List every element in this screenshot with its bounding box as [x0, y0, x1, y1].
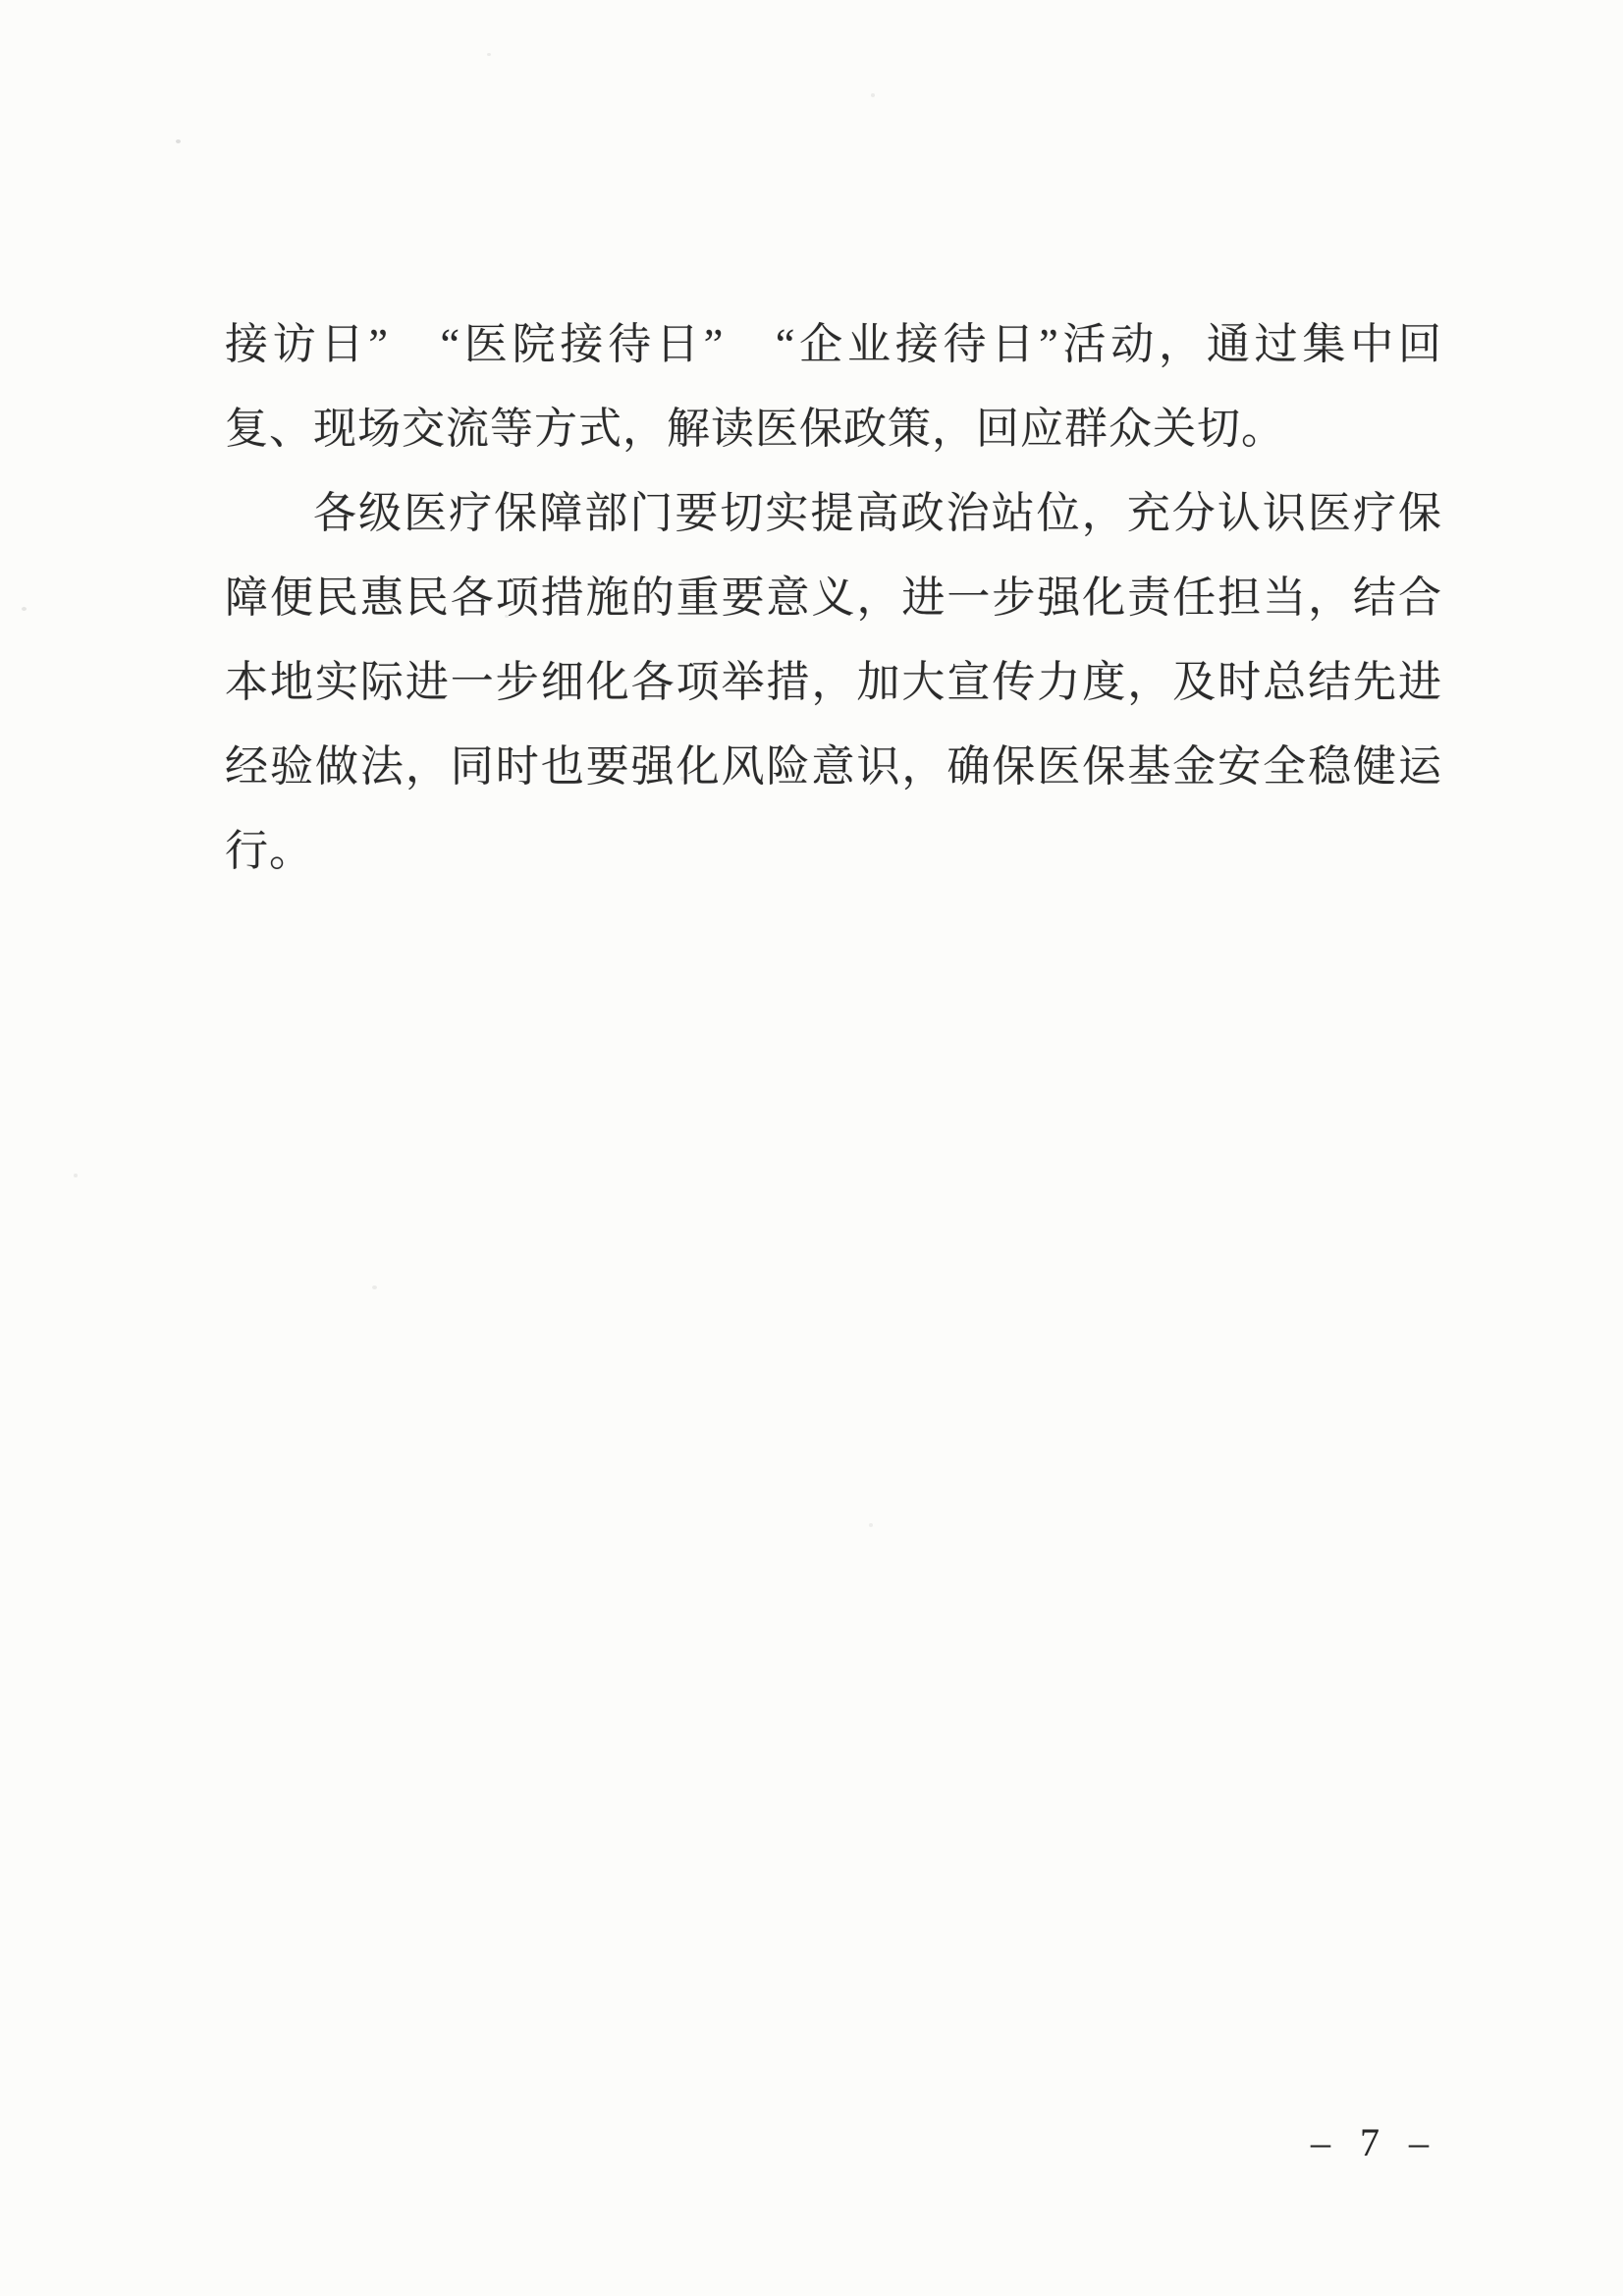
page-number-label: – 7 – — [1306, 2119, 1443, 2165]
scan-speck — [869, 1523, 873, 1527]
body-text: 接访日” “医院接待日” “企业接待日”活动，通过集中回 复、现场交流等方式，解… — [225, 302, 1442, 894]
scan-speck — [176, 139, 181, 143]
body-text-line: 接访日” “医院接待日” “企业接待日”活动，通过集中回 — [225, 302, 1442, 387]
scan-speck — [871, 93, 875, 97]
scan-speck — [372, 1285, 377, 1289]
body-text-line: 经验做法，同时也要强化风险意识，确保医保基金安全稳健运 — [225, 725, 1442, 809]
body-text-line: 本地实际进一步细化各项举措，加大宣传力度，及时总结先进 — [225, 640, 1442, 725]
body-text-line: 障便民惠民各项措施的重要意义，进一步强化责任担当，结合 — [225, 556, 1442, 640]
scan-speck — [74, 1174, 78, 1177]
body-text-line: 复、现场交流等方式，解读医保政策，回应群众关切。 — [225, 387, 1442, 471]
scan-speck — [680, 777, 684, 781]
body-text-line: 行。 — [225, 809, 1442, 894]
body-text-line: 各级医疗保障部门要切实提高政治站位，充分认识医疗保 — [225, 471, 1442, 556]
document-page: 接访日” “医院接待日” “企业接待日”活动，通过集中回 复、现场交流等方式，解… — [0, 0, 1623, 2296]
scan-speck — [22, 607, 27, 611]
scan-speck — [505, 615, 509, 618]
scan-speck — [487, 53, 491, 56]
